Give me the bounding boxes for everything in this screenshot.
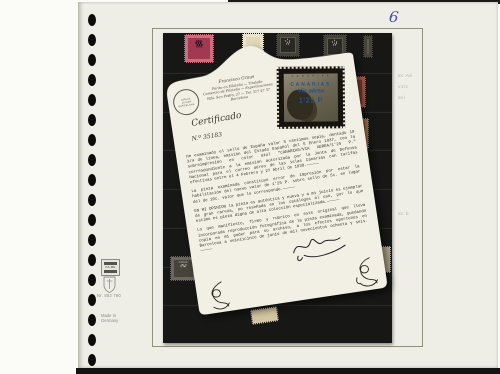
photo-backdrop-bottom	[76, 368, 500, 374]
flourish-ornament-right	[351, 255, 381, 290]
binder-hole	[88, 34, 96, 46]
binder-hole	[88, 94, 96, 106]
binder-hole	[88, 214, 96, 226]
flourish-ornament-left	[205, 279, 233, 312]
handwritten-page-number: 6	[388, 8, 399, 27]
binder-hole	[88, 134, 96, 146]
stamp-blue-overprint: CANARIAS Vía aérea 1'25 P	[284, 81, 338, 104]
binder-hole	[88, 174, 96, 186]
binder-hole	[88, 314, 96, 326]
certificate-letterhead: Francisco Graus Perito en Filatelia — Ti…	[198, 72, 279, 107]
stamp-overprint-text: CANAR.▞▚▞	[174, 262, 194, 268]
stamp-dark-gray-3	[363, 35, 373, 58]
pencil-annotation: 5c b	[398, 211, 409, 216]
binder-hole	[88, 234, 96, 246]
binder-hole	[88, 194, 96, 206]
binder-hole	[88, 114, 96, 126]
binder-hole	[88, 14, 96, 26]
binder-hole	[88, 354, 96, 366]
binder-hole	[88, 274, 96, 286]
binder-hole	[88, 254, 96, 266]
pencil-annotation: 5ci	[398, 95, 406, 100]
kabe-brand-label: KA-BE	[101, 259, 120, 276]
binder-hole	[88, 294, 96, 306]
binder-hole	[88, 334, 96, 346]
certificate-stamp-photo: C A N A R I A S CANARIAS Vía aérea 1'25 …	[277, 66, 346, 129]
binder-hole	[88, 54, 96, 66]
stamp-base-caption: C A N A R I A S	[284, 74, 338, 77]
pencil-annotation: v3ic	[398, 84, 409, 89]
kabe-shield-icon	[103, 276, 116, 293]
certificate-title: Certificado	[191, 111, 243, 129]
graus-postmark: GRAUS 15 MAR BARCELONA	[171, 87, 201, 117]
certificate-number: N.º 35183	[191, 131, 222, 142]
binder-hole	[88, 74, 96, 86]
brand-name: KA-BE	[105, 266, 115, 269]
brand-label-bar	[104, 270, 117, 273]
stamp-image: C A N A R I A S CANARIAS Vía aérea 1'25 …	[284, 73, 338, 121]
pencil-annotation: 5c Aé	[398, 73, 413, 78]
binder-hole	[88, 154, 96, 166]
stamp-design	[367, 39, 369, 54]
page-item-number: Nr. 802 790	[97, 293, 121, 298]
certificate: GRAUS 15 MAR BARCELONA Francisco Graus P…	[165, 54, 388, 315]
stamp-album-photo: KA-BE Nr. 802 790 Made in Germany ▬▬▚▚▚+…	[0, 0, 500, 374]
made-in-label: Made in Germany	[101, 313, 118, 323]
